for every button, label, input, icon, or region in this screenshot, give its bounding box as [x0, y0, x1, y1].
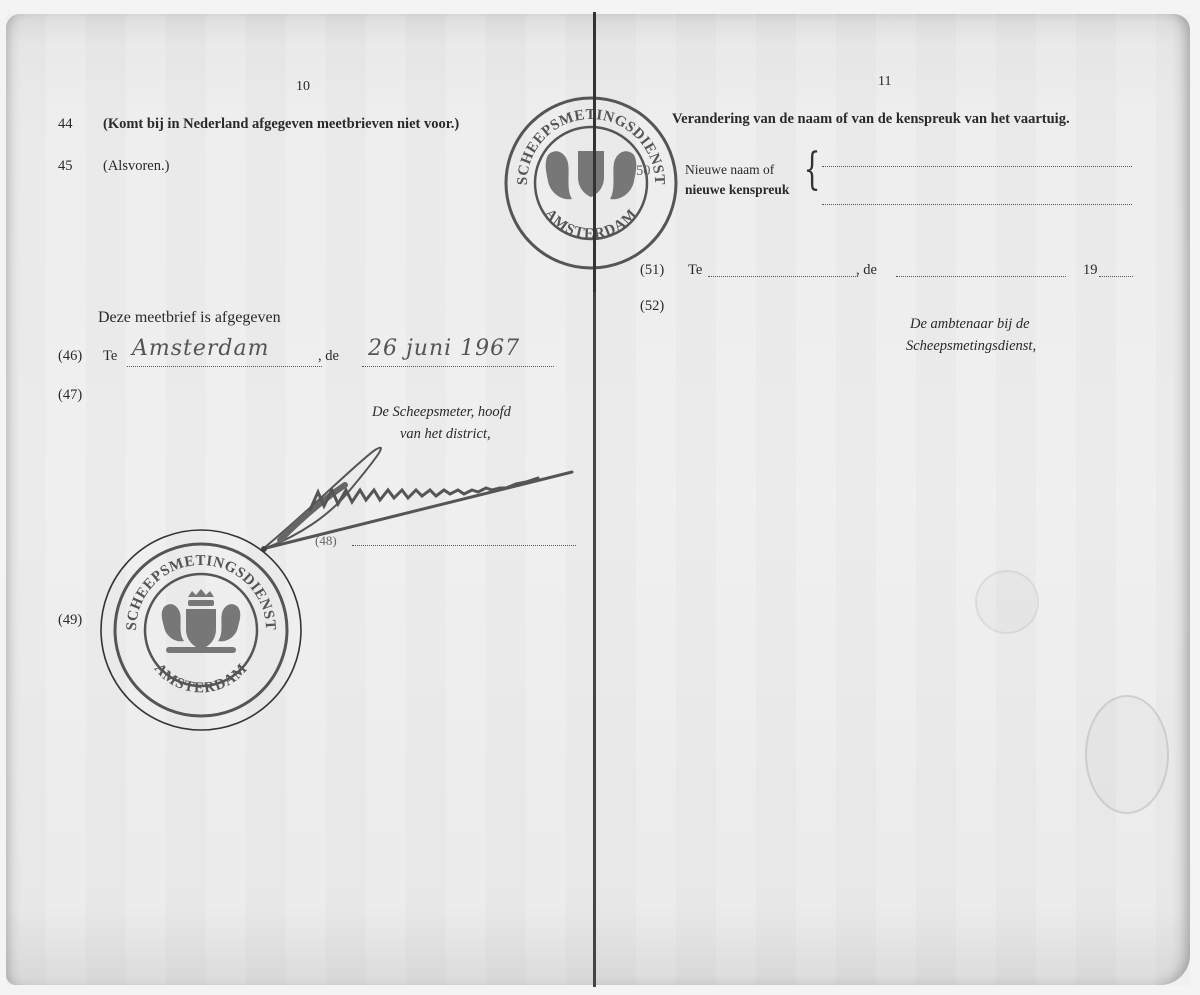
item-text: (Alsvoren.): [103, 158, 169, 175]
new-name-label-line2: nieuwe kenspreuk: [685, 182, 789, 198]
svg-text:AMSTERDAM: AMSTERDAM: [151, 660, 251, 696]
book-spine-upper: [593, 12, 596, 292]
item-number-48: (48): [315, 533, 337, 549]
issued-heading: Deze meetbrief is afgegeven: [98, 309, 281, 327]
date-dotted-line: [362, 366, 554, 367]
signature-dotted-line: [352, 545, 576, 546]
official-title-line2: Scheepsmetingsdienst,: [906, 338, 1036, 355]
new-name-label-line1: Nieuwe naam of: [685, 162, 774, 178]
brace-icon: {: [804, 148, 821, 192]
de-label: , de: [318, 348, 339, 365]
handwritten-place: Amsterdam: [132, 336, 269, 361]
page-number-right: 11: [878, 74, 891, 90]
coat-of-arms-icon: [546, 151, 637, 199]
signatory-title-line1: De Scheepsmeter, hoofd: [372, 404, 511, 421]
page-number-left: 10: [296, 79, 310, 95]
handwritten-date: 26 juni 1967: [368, 336, 520, 361]
item-number-49: (49): [58, 612, 82, 629]
item-number: 44: [58, 116, 73, 133]
coat-of-arms-icon: [162, 589, 241, 653]
item-number-47: (47): [58, 387, 82, 404]
year-prefix: 19: [1083, 262, 1098, 279]
official-stamp-scheepsmetingsdienst: SCHEEPSMETINGSDIENST AMSTERDAM: [96, 525, 306, 735]
place-dotted-line: [708, 276, 858, 277]
item-number-46: (46): [58, 348, 82, 365]
item-number: 45: [58, 158, 73, 175]
item-text: (Komt bij in Nederland afgegeven meetbri…: [103, 116, 459, 133]
section-heading: Verandering van de naam of van de kenspr…: [672, 111, 1070, 128]
year-dotted-line: [1099, 276, 1133, 277]
de-label: , de: [856, 262, 877, 279]
gutter-stamp-scheepsmetingsdienst: SCHEEPSMETINGSDIENST AMSTERDAM: [493, 85, 689, 275]
date-dotted-line: [896, 276, 1066, 277]
new-name-dotted-line: [822, 166, 1132, 167]
te-label: Te: [103, 348, 117, 365]
te-label: Te: [688, 262, 702, 279]
water-stain: [975, 570, 1039, 634]
svg-text:AMSTERDAM: AMSTERDAM: [541, 206, 640, 242]
place-dotted-line: [127, 366, 322, 367]
official-title-line1: De ambtenaar bij de: [910, 316, 1030, 333]
water-stain: [1085, 695, 1169, 814]
new-motto-dotted-line: [822, 204, 1132, 205]
item-number-52: (52): [640, 298, 664, 315]
